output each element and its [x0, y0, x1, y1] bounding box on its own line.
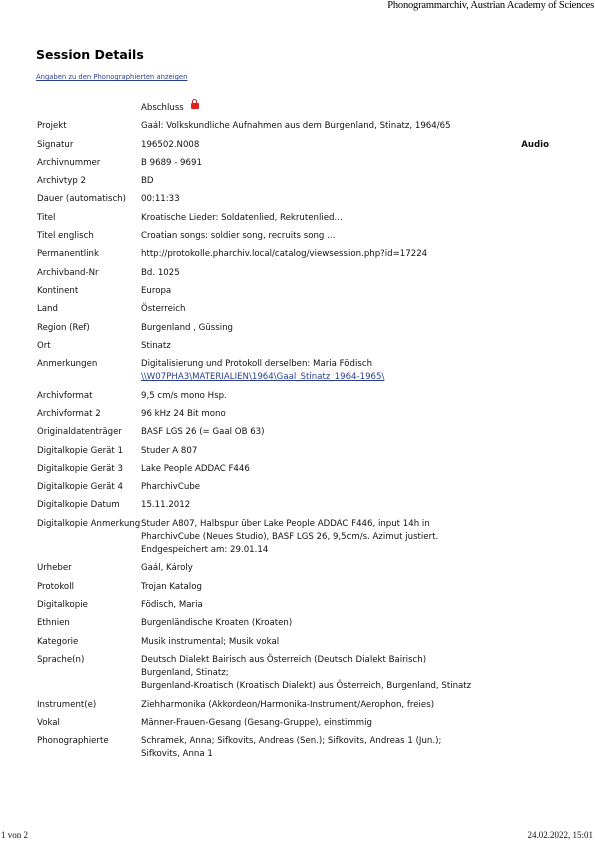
field-value: Burgenland , Güssing — [141, 322, 509, 340]
field-value: Stinatz — [141, 340, 509, 358]
field-value-text: http://protokolle.pharchiv.local/catalog… — [141, 249, 427, 259]
field-value-text: 15.11.2012 — [141, 500, 190, 510]
field-value: B 9689 - 9691 — [141, 157, 509, 175]
field-value: Lake People ADDAC F446 — [141, 463, 509, 481]
field-row: KategorieMusik instrumental; Musik vokal — [37, 636, 577, 654]
field-value: Studer A807, Halbspur über Lake People A… — [141, 518, 509, 563]
field-value: Croatian songs: soldier song, recruits s… — [141, 230, 509, 248]
field-value-text: B 9689 - 9691 — [141, 158, 202, 168]
field-label: Vokal — [37, 717, 141, 735]
field-value-text: 00:11:33 — [141, 194, 180, 204]
field-value: Deutsch Dialekt Bairisch aus Österreich … — [141, 654, 509, 699]
field-value-text: 9,5 cm/s mono Hsp. — [141, 391, 227, 401]
field-row: EthnienBurgenländische Kroaten (Kroaten) — [37, 617, 577, 635]
field-value: Kroatische Lieder: Soldatenlied, Rekrute… — [141, 212, 509, 230]
field-value: Digitalisierung und Protokoll derselben:… — [141, 358, 509, 390]
field-value-line: Endgespeichert am: 29.01.14 — [141, 544, 509, 557]
field-label: Land — [37, 303, 141, 321]
field-row: Digitalkopie Gerät 4PharchivCube — [37, 481, 577, 499]
field-value: Gaál: Volkskundliche Aufnahmen aus dem B… — [141, 120, 577, 138]
field-value-text: PharchivCube — [141, 482, 200, 492]
field-label: Kontinent — [37, 285, 141, 303]
audio-label: Audio — [509, 139, 577, 157]
field-label: Ort — [37, 340, 141, 358]
field-row: Digitalkopie AnmerkungStuder A807, Halbs… — [37, 518, 577, 563]
field-row: Instrument(e)Ziehharmonika (Akkordeon/Ha… — [37, 699, 577, 717]
field-value-text: Födisch, Maria — [141, 600, 203, 610]
field-value-text: Studer A 807 — [141, 446, 197, 456]
field-value: Männer-Frauen-Gesang (Gesang-Gruppe), ei… — [141, 717, 509, 735]
field-label: Archivformat — [37, 390, 141, 408]
field-label: Urheber — [37, 562, 141, 580]
field-value-line: Burgenland, Stinatz; — [141, 667, 509, 680]
field-value-text: Croatian songs: soldier song, recruits s… — [141, 231, 335, 241]
field-value-text: BASF LGS 26 (= Gaal OB 63) — [141, 427, 264, 437]
field-value: Gaál, Károly — [141, 562, 509, 580]
field-row: Titel englischCroatian songs: soldier so… — [37, 230, 577, 248]
field-value: Bd. 1025 — [141, 267, 509, 285]
field-value: 96 kHz 24 Bit mono — [141, 408, 509, 426]
field-value-text: Gaál, Károly — [141, 563, 193, 573]
field-row: Digitalkopie Gerät 3Lake People ADDAC F4… — [37, 463, 577, 481]
field-row: Archivtyp 2BD — [37, 175, 577, 193]
field-label: Permanentlink — [37, 248, 141, 266]
field-row: UrheberGaál, Károly — [37, 562, 577, 580]
field-value-text: Trojan Katalog — [141, 582, 202, 592]
print-timestamp: 24.02.2022, 15:01 — [527, 830, 593, 840]
field-label: Archivnummer — [37, 157, 141, 175]
folder-path-link[interactable]: \\W07PHA3\ — [141, 372, 192, 382]
field-row: VokalMänner-Frauen-Gesang (Gesang-Gruppe… — [37, 717, 577, 735]
field-value: Födisch, Maria — [141, 599, 509, 617]
field-row: Archivband-NrBd. 1025 — [37, 267, 577, 285]
page-number: 1 von 2 — [1, 830, 28, 840]
field-value-text: Stinatz — [141, 341, 171, 351]
field-value-text: Burgenland , Güssing — [141, 323, 233, 333]
field-value-text: Bd. 1025 — [141, 268, 180, 278]
status-label: Abschluss — [141, 103, 184, 113]
field-row: Dauer (automatisch)00:11:33 — [37, 193, 577, 211]
field-label: Sprache(n) — [37, 654, 141, 699]
folder-path-link[interactable]: Gaal_Stinatz_1964-1965\ — [277, 372, 385, 382]
field-value: 15.11.2012 — [141, 499, 509, 517]
field-label: Protokoll — [37, 581, 141, 599]
field-row: Digitalkopie Gerät 1Studer A 807 — [37, 445, 577, 463]
field-value-line: Deutsch Dialekt Bairisch aus Österreich … — [141, 654, 509, 667]
field-value-text: Kroatische Lieder: Soldatenlied, Rekrute… — [141, 213, 343, 223]
field-value: Studer A 807 — [141, 445, 509, 463]
field-label: Digitalkopie Gerät 3 — [37, 463, 141, 481]
field-row: ProjektGaál: Volkskundliche Aufnahmen au… — [37, 120, 577, 138]
field-value-text: Ziehharmonika (Akkordeon/Harmonika-Instr… — [141, 700, 434, 710]
field-label: Projekt — [37, 120, 141, 138]
field-label: Instrument(e) — [37, 699, 141, 717]
field-value-text: Lake People ADDAC F446 — [141, 464, 250, 474]
session-details-table: Abschluss ProjektGaál: Volkskundliche Au… — [37, 101, 577, 767]
field-row: OriginaldatenträgerBASF LGS 26 (= Gaal O… — [37, 426, 577, 444]
field-row: Permanentlinkhttp://protokolle.pharchiv.… — [37, 248, 577, 266]
field-label: Digitalkopie Datum — [37, 499, 141, 517]
field-value: Europa — [141, 285, 509, 303]
field-label: Archivband-Nr — [37, 267, 141, 285]
field-value-text: BD — [141, 176, 154, 186]
field-label: Archivtyp 2 — [37, 175, 141, 193]
field-row: ProtokollTrojan Katalog — [37, 581, 577, 599]
folder-path-link[interactable]: MATERIALIEN\ — [192, 372, 252, 382]
field-value-text: Digitalisierung und Protokoll derselben:… — [141, 359, 372, 369]
field-label: Titel — [37, 212, 141, 230]
field-value: PharchivCube — [141, 481, 509, 499]
field-value: Musik instrumental; Musik vokal — [141, 636, 509, 654]
field-value: 00:11:33 — [141, 193, 509, 211]
print-header: Phonogrammarchiv, Austrian Academy of Sc… — [387, 0, 594, 11]
field-row: TitelKroatische Lieder: Soldatenlied, Re… — [37, 212, 577, 230]
field-value: Ziehharmonika (Akkordeon/Harmonika-Instr… — [141, 699, 509, 717]
field-value-line: Burgenland-Kroatisch (Kroatisch Dialekt)… — [141, 680, 509, 693]
field-row: Archivformat9,5 cm/s mono Hsp. — [37, 390, 577, 408]
field-label: Originaldatenträger — [37, 426, 141, 444]
field-row: LandÖsterreich — [37, 303, 577, 321]
field-label: Digitalkopie Gerät 4 — [37, 481, 141, 499]
field-value: http://protokolle.pharchiv.local/catalog… — [141, 248, 509, 266]
field-row: OrtStinatz — [37, 340, 577, 358]
folder-path: \\W07PHA3\MATERIALIEN\1964\Gaal_Stinatz_… — [141, 371, 509, 384]
lock-icon — [191, 99, 199, 108]
field-label: Archivformat 2 — [37, 408, 141, 426]
field-value-text: Europa — [141, 286, 171, 296]
field-value-text: 196502.N008 — [141, 140, 199, 150]
field-row: ArchivnummerB 9689 - 9691 — [37, 157, 577, 175]
field-row: Digitalkopie Datum15.11.2012 — [37, 499, 577, 517]
field-label: Digitalkopie — [37, 599, 141, 617]
status-row: Abschluss — [37, 101, 577, 120]
field-value-text: Burgenländische Kroaten (Kroaten) — [141, 618, 292, 628]
field-value: Schramek, Anna; Sifkovits, Andreas (Sen.… — [141, 735, 509, 767]
field-value: 9,5 cm/s mono Hsp. — [141, 390, 509, 408]
field-value-text: Gaál: Volkskundliche Aufnahmen aus dem B… — [141, 121, 451, 131]
field-value-text: Österreich — [141, 304, 185, 314]
field-value-text: Männer-Frauen-Gesang (Gesang-Gruppe), ei… — [141, 718, 372, 728]
field-value-line: Schramek, Anna; Sifkovits, Andreas (Sen.… — [141, 735, 509, 748]
field-row: Region (Ref)Burgenland , Güssing — [37, 322, 577, 340]
field-label: Region (Ref) — [37, 322, 141, 340]
field-label: Dauer (automatisch) — [37, 193, 141, 211]
field-row: Signatur196502.N008Audio — [37, 139, 577, 157]
field-label: Signatur — [37, 139, 141, 157]
field-value-text: 96 kHz 24 Bit mono — [141, 409, 226, 419]
field-value: BD — [141, 175, 509, 193]
field-label: Digitalkopie Anmerkung — [37, 518, 141, 563]
field-label: Titel englisch — [37, 230, 141, 248]
field-row: Archivformat 296 kHz 24 Bit mono — [37, 408, 577, 426]
field-row: Sprache(n)Deutsch Dialekt Bairisch aus Ö… — [37, 654, 577, 699]
field-value: BASF LGS 26 (= Gaal OB 63) — [141, 426, 509, 444]
page-title: Session Details — [36, 47, 144, 62]
field-value-line: Studer A807, Halbspur über Lake People A… — [141, 518, 509, 531]
field-label: Kategorie — [37, 636, 141, 654]
field-value: Österreich — [141, 303, 509, 321]
field-row: DigitalkopieFödisch, Maria — [37, 599, 577, 617]
field-value-text: Musik instrumental; Musik vokal — [141, 637, 279, 647]
show-phonographed-link[interactable]: Angaben zu den Phonographierten anzeigen — [36, 73, 187, 81]
field-value: Burgenländische Kroaten (Kroaten) — [141, 617, 509, 635]
field-label: Phonographierte — [37, 735, 141, 767]
field-value: Trojan Katalog — [141, 581, 509, 599]
field-value-line: Sifkovits, Anna 1 — [141, 748, 509, 761]
field-label: Ethnien — [37, 617, 141, 635]
field-label: Digitalkopie Gerät 1 — [37, 445, 141, 463]
field-value: 196502.N008 — [141, 139, 509, 157]
folder-path-link[interactable]: 1964\ — [252, 372, 277, 382]
field-label: Anmerkungen — [37, 358, 141, 390]
field-row: AnmerkungenDigitalisierung und Protokoll… — [37, 358, 577, 390]
field-row: PhonographierteSchramek, Anna; Sifkovits… — [37, 735, 577, 767]
field-value-line: PharchivCube (Neues Studio), BASF LGS 26… — [141, 531, 509, 544]
field-row: KontinentEuropa — [37, 285, 577, 303]
